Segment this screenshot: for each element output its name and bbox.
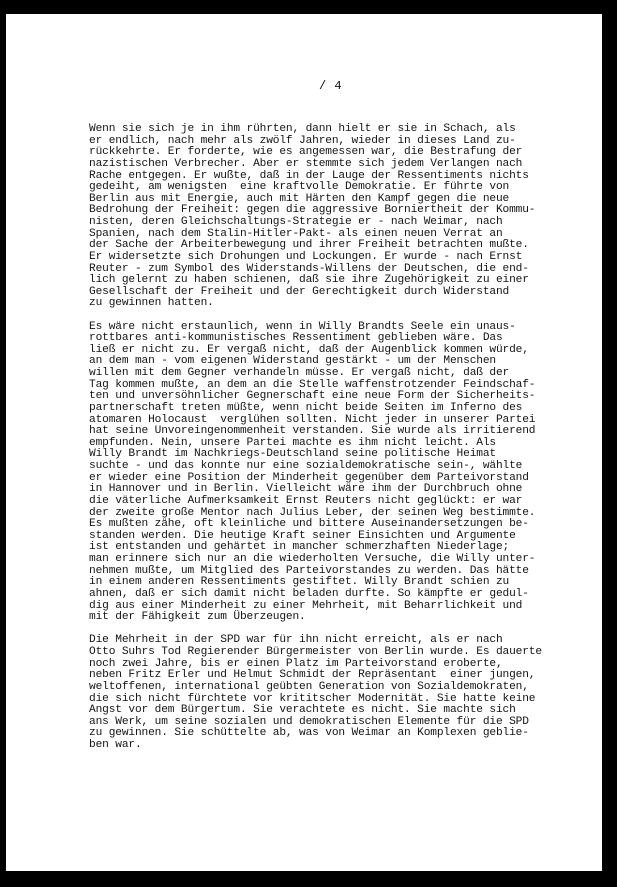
text-line: suchte - und das konnte nur eine soziald…	[89, 461, 609, 473]
text-line: lich gelernt zu haben schienen, daß sie …	[89, 275, 609, 287]
text-line: Er widersetzte sich Drohungen und Lockun…	[89, 252, 609, 264]
text-line: nazistischen Verbrecher. Aber er stemmte…	[89, 159, 609, 171]
text-line: die väterliche Aufmerksamkeit Ernst Reut…	[89, 496, 609, 508]
text-line: zu gewinnen. Sie schüttelte ab, was von …	[89, 728, 609, 740]
text-line: ahnen, daß er sich damit nicht beladen d…	[89, 589, 609, 601]
paragraph-2: Es wäre nicht erstaunlich, wenn in Willy…	[89, 322, 609, 624]
text-line: man erinnere sich nur an die wiederholte…	[89, 554, 609, 566]
paragraph-1: Wenn sie sich je in ihm rührten, dann hi…	[89, 124, 609, 310]
text-line: nisten, deren Gleichschaltungs-Strategie…	[89, 217, 609, 229]
text-line: partnerschaft treten müßte, wenn nicht b…	[89, 403, 609, 415]
text-line: mit der Fähigkeit zum Überzeugen.	[89, 612, 609, 624]
document-body: Wenn sie sich je in ihm rührten, dann hi…	[89, 124, 609, 763]
text-line: zu gewinnen hatten.	[89, 298, 609, 310]
text-line: willen mit dem Gegner verhandeln müsse. …	[89, 368, 609, 380]
text-line: gedeiht, am wenigsten eine kraftvolle De…	[89, 182, 609, 194]
paragraph-3: Die Mehrheit in der SPD war für ihn nich…	[89, 635, 609, 751]
text-line: ben war.	[89, 740, 609, 752]
page-number: / 4	[319, 79, 342, 93]
text-line: weltoffenen, international geübten Gener…	[89, 682, 609, 694]
text-line: Otto Suhrs Tod Regierender Bürgermeister…	[89, 647, 609, 659]
scanned-page: / 4 Wenn sie sich je in ihm rührten, dan…	[6, 14, 602, 871]
text-line: Wenn sie sich je in ihm rührten, dann hi…	[89, 124, 609, 136]
